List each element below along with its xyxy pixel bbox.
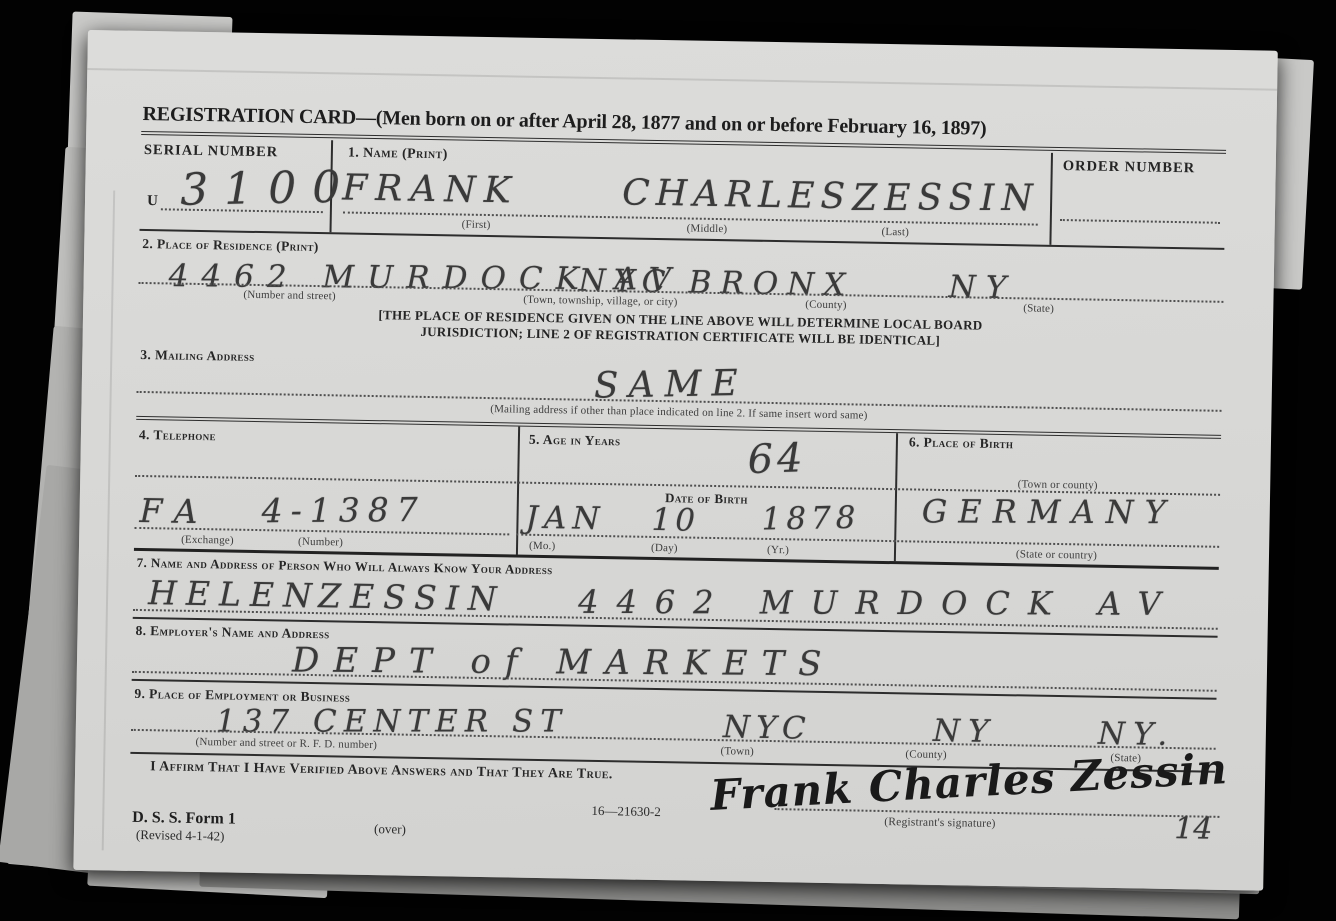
birth-month-value: JAN [525, 500, 606, 537]
serial-number-value: 3100 [180, 162, 357, 216]
serial-number-prefix: U [147, 193, 159, 210]
age-label: 5. Age in Years [529, 432, 621, 450]
birth-place-value: GERMANY [922, 492, 1177, 531]
age-value: 64 [747, 435, 807, 483]
telephone-label: 4. Telephone [139, 427, 216, 444]
card-top-crease [87, 68, 1277, 91]
order-number-label: ORDER NUMBER [1063, 158, 1196, 177]
employment-sub-street: (Number and street or R. F. D. number) [195, 736, 377, 751]
name-last-value: ZESSIN [852, 178, 1040, 219]
contact-address-value: 4462 MURDOCK AV [578, 583, 1179, 623]
form-number: D. S. S. Form 1 [132, 809, 236, 829]
birth-sub-day: (Day) [651, 542, 678, 554]
residence-sub-state: (State) [1023, 302, 1054, 315]
employment-sub-town: (Town) [720, 745, 754, 758]
residence-county-value: BRONX [688, 265, 854, 304]
mailing-address-label: 3. Mailing Address [140, 347, 255, 365]
scan-background: I REGISTRATION CARD—(Men born on or afte… [0, 0, 1336, 921]
residence-sub-town: (Town, township, village, or city) [523, 294, 677, 309]
birth-year-value: 1878 [761, 500, 861, 538]
signature-label: (Registrant's signature) [884, 816, 996, 830]
name-sub-last: (Last) [881, 226, 909, 238]
corner-number: 14 [1174, 811, 1213, 847]
residence-label: 2. Place of Residence (Print) [142, 236, 319, 255]
birth-day-value: 10 [651, 502, 699, 539]
telephone-sub-exchange: (Exchange) [181, 534, 234, 547]
residence-sub-county: (County) [805, 299, 847, 312]
name-middle-value: CHARLES [622, 172, 852, 217]
birth-sub-month: (Mo.) [529, 540, 556, 552]
residence-state-value: NY [948, 269, 1016, 306]
order-number-dotted-line [1060, 219, 1220, 224]
form-revision: (Revised 4-1-42) [136, 827, 225, 845]
affirmation-text: I Affirm That I Have Verified Above Answ… [150, 759, 613, 783]
column-divider [1049, 153, 1053, 245]
telephone-exchange-value: FA [139, 491, 212, 531]
employer-label: 8. Employer's Name and Address [135, 623, 329, 642]
place-of-birth-label: 6. Place of Birth [909, 434, 1014, 452]
registrant-signature: Frank Charles Zessin [709, 744, 1229, 820]
registration-card: REGISTRATION CARD—(Men born on or after … [73, 30, 1277, 891]
name-sub-middle: (Middle) [687, 222, 728, 235]
telephone-number-value: 4-1387 [261, 490, 425, 530]
name-first-value: FRANK [342, 167, 519, 211]
serial-number-label: SERIAL NUMBER [144, 142, 279, 161]
birth-sub-year: (Yr.) [767, 544, 789, 556]
residence-sub-street: (Number and street) [243, 289, 336, 303]
over-note: (over) [374, 821, 406, 838]
name-label: 1. Name (Print) [348, 146, 448, 164]
name-sub-first: (First) [462, 219, 491, 232]
print-code: 16—21630-2 [591, 803, 661, 820]
card-left-crease [102, 190, 116, 850]
telephone-sub-number: (Number) [298, 536, 343, 549]
